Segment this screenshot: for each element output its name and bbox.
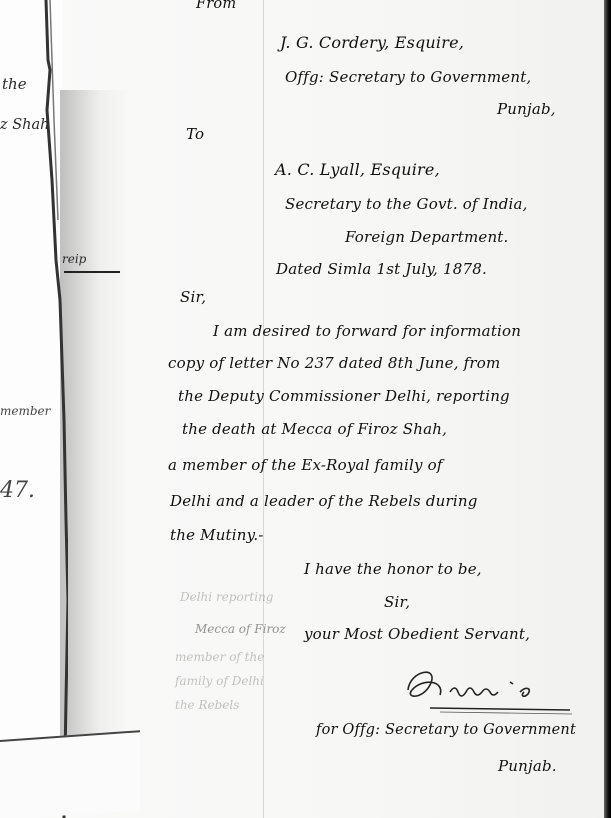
- margin-fragment: 47.: [0, 478, 35, 503]
- from-label: From: [196, 0, 236, 12]
- margin-fragment: z Shah: [0, 117, 50, 133]
- fold-crease: [263, 0, 264, 818]
- bleedthrough-text: Mecca of Firoz: [195, 622, 286, 636]
- signoff-location: Punjab.: [498, 757, 557, 775]
- to-label: To: [186, 125, 204, 143]
- recipient-name: A. C. Lyall, Esquire,: [275, 160, 440, 179]
- recipient-title: Secretary to the Govt. of India,: [285, 195, 528, 213]
- closing-sir: Sir,: [384, 593, 410, 611]
- page-shadow: [60, 90, 130, 790]
- bleedthrough-text: member of the: [175, 650, 264, 664]
- signature: R. Davies: [400, 660, 575, 720]
- folded-paper-flap: [0, 730, 140, 818]
- body-line: I am desired to forward for information: [213, 322, 521, 340]
- sender-name: J. G. Cordery, Esquire,: [280, 33, 464, 52]
- body-line: the death at Mecca of Firoz Shah,: [182, 420, 447, 438]
- body-line: a member of the Ex-Royal family of: [168, 456, 443, 474]
- body-line: the Mutiny.-: [170, 526, 264, 544]
- bleedthrough-text: family of Delhi: [175, 674, 264, 688]
- sender-location: Punjab,: [497, 100, 556, 118]
- dateline: Dated Simla 1st July, 1878.: [276, 260, 487, 278]
- closing-servant: your Most Obedient Servant,: [304, 625, 530, 643]
- margin-fragment: reip: [62, 252, 86, 266]
- salutation: Sir,: [180, 288, 206, 306]
- body-line: copy of letter No 237 dated 8th June, fr…: [168, 354, 500, 372]
- body-line: the Deputy Commissioner Delhi, reporting: [178, 387, 510, 405]
- margin-fragment: member: [0, 404, 50, 418]
- scanned-letter-page: the z Shah reip member 47. Delhi reporti…: [0, 0, 611, 818]
- scan-border: [604, 0, 611, 818]
- sender-title: Offg: Secretary to Government,: [285, 68, 531, 86]
- closing-line: I have the honor to be,: [304, 560, 482, 578]
- signoff-title: for Offg: Secretary to Government: [316, 722, 576, 738]
- recipient-department: Foreign Department.: [345, 228, 509, 246]
- margin-fragment: the: [2, 75, 27, 93]
- bleedthrough-text: Delhi reporting: [180, 590, 274, 604]
- bleedthrough-text: the Rebels: [175, 698, 239, 712]
- margin-underline: [64, 271, 120, 273]
- body-line: Delhi and a leader of the Rebels during: [170, 492, 478, 510]
